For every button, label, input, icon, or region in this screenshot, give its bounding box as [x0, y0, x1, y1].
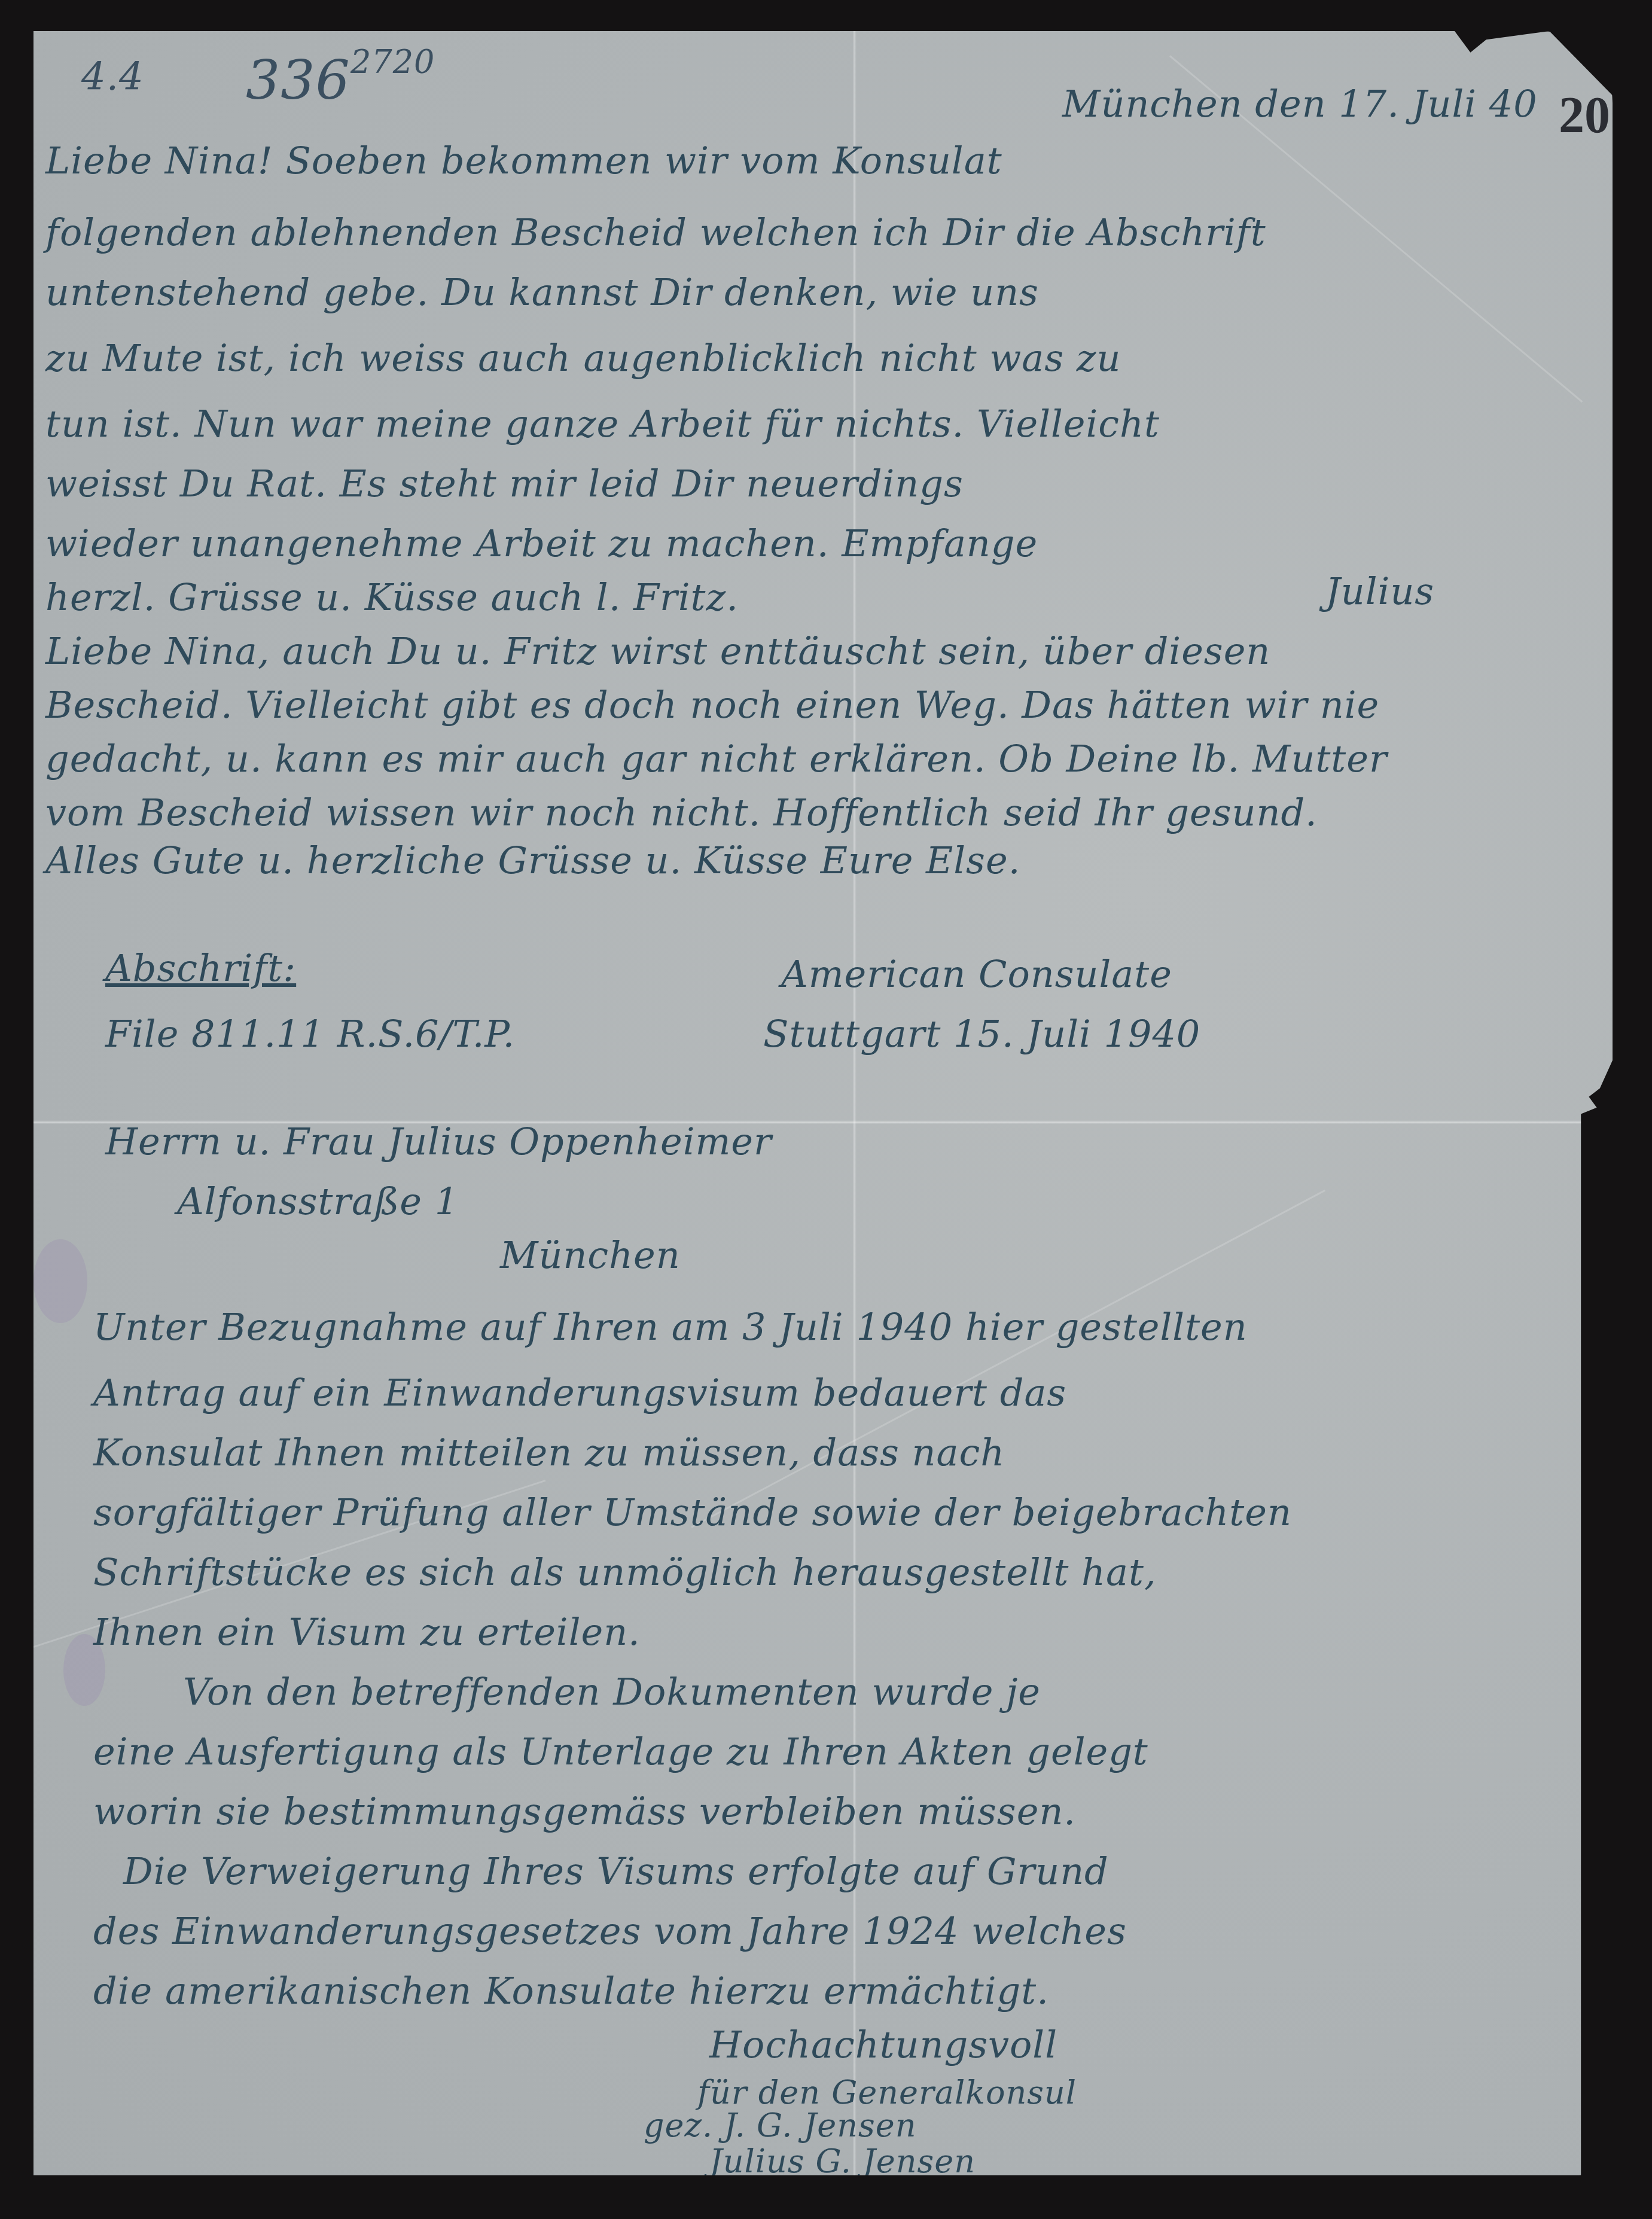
letter-line: folgenden ablehnenden Bescheid welchen i…: [45, 211, 1266, 254]
closing: Hochachtungsvoll: [709, 2023, 1057, 2066]
signature-line: amerikanischer Vicekonsul: [811, 2172, 1220, 2206]
notice-line: Antrag auf ein Einwanderungsvisum bedaue…: [93, 1371, 1066, 1415]
letter-paper: 4.4 336 2720 20 München den 17. Juli 40 …: [33, 31, 1613, 2175]
notice-line: Ihnen ein Visum zu erteilen.: [93, 1610, 641, 1654]
notice-line: Die Verweigerung Ihres Visums erfolgte a…: [123, 1849, 1109, 1893]
letter-line: wieder unangenehme Arbeit zu machen. Emp…: [45, 522, 1038, 565]
catalog-mark: 2720: [350, 43, 435, 81]
catalog-mark: 4.4: [81, 55, 144, 99]
file-reference: File 811.11 R.S.6/T.P.: [105, 1012, 515, 1056]
addressee-line: Herrn u. Frau Julius Oppenheimer: [105, 1120, 772, 1163]
notice-line: worin sie bestimmungsgemäss verbleiben m…: [93, 1790, 1076, 1833]
letter-line: tun ist. Nun war meine ganze Arbeit für …: [45, 402, 1160, 446]
addressee-line: Alfonsstraße 1: [177, 1179, 459, 1223]
notice-line: Schriftstücke es sich als unmöglich hera…: [93, 1550, 1157, 1594]
letter-date: München den 17. Juli 40: [1062, 82, 1538, 126]
archive-number: 20: [1559, 85, 1610, 145]
paper-crease: [691, 1190, 1325, 1528]
transcript-heading: Abschrift:: [105, 946, 296, 990]
notice-line: eine Ausfertigung als Unterlage zu Ihren…: [93, 1730, 1148, 1773]
postscript-line: vom Bescheid wissen wir noch nicht. Hoff…: [45, 791, 1318, 834]
letter-line: zu Mute ist, ich weiss auch augenblickli…: [45, 336, 1121, 380]
signature-line: für den Generalkonsul: [697, 2074, 1077, 2111]
postscript-line: Bescheid. Vielleicht gibt es doch noch e…: [45, 683, 1379, 727]
letter-line: herzl. Grüsse u. Küsse auch l. Fritz.: [45, 575, 739, 619]
consulate-name: American Consulate: [781, 952, 1172, 996]
notice-line: Konsulat Ihnen mitteilen zu müssen, dass…: [93, 1431, 1005, 1474]
notice-line: die amerikanischen Konsulate hierzu ermä…: [93, 1969, 1049, 2013]
catalog-mark: 336: [246, 49, 350, 112]
letter-line: untenstehend gebe. Du kannst Dir denken,…: [45, 270, 1039, 314]
notice-line: des Einwanderungsgesetzes vom Jahre 1924…: [93, 1909, 1127, 1953]
addressee-line: München: [500, 1233, 681, 1277]
letter-line: Liebe Nina! Soeben bekommen wir vom Kons…: [45, 139, 1002, 182]
notice-line: Unter Bezugnahme auf Ihren am 3 Juli 194…: [93, 1305, 1248, 1349]
letter-line: weisst Du Rat. Es steht mir leid Dir neu…: [45, 462, 964, 505]
signature-line: gez. J. G. Jensen: [644, 2107, 916, 2144]
notice-line: Von den betreffenden Dokumenten wurde je: [183, 1670, 1041, 1714]
notice-line: sorgfältiger Prüfung aller Umstände sowi…: [93, 1490, 1292, 1534]
ink-stain: [33, 1239, 87, 1323]
postscript-line: Liebe Nina, auch Du u. Fritz wirst enttä…: [45, 629, 1270, 673]
consulate-date: Stuttgart 15. Juli 1940: [763, 1012, 1200, 1056]
postscript-line: Alles Gute u. herzliche Grüsse u. Küsse …: [45, 839, 1020, 882]
letter-signature: Julius: [1325, 569, 1434, 613]
postscript-line: gedacht, u. kann es mir auch gar nicht e…: [45, 737, 1388, 781]
